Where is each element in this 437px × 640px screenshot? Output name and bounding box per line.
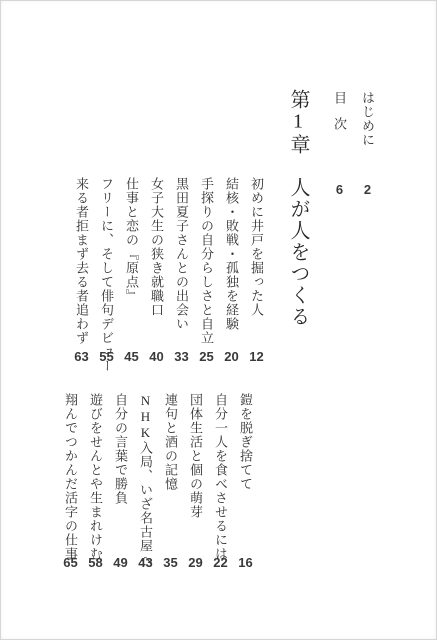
toc-entry: 自分一人を食べさせるには 22 — [211, 393, 230, 570]
toc-entry: 連句と酒の記憶 35 — [161, 393, 180, 570]
toc-entry: NHK入局、いざ名古屋へ 43 — [136, 393, 155, 570]
toc-entry-page-number: 43 — [136, 555, 155, 570]
toc-entry-title: 初めに井戸を掘った人 — [249, 177, 264, 317]
toc-entry-page-number: 25 — [197, 349, 216, 364]
toc-group-2: 鎧を脱ぎ捨てて 16 自分一人を食べさせるには 22 団体生活と個の萌芽 29 … — [75, 393, 255, 570]
toc-entry-page-number: 63 — [72, 349, 91, 364]
toc-entry-title: 結核・敗戦・孤独を経験 — [224, 177, 239, 331]
toc-entry: 手探りの自分らしさと自立 25 — [197, 177, 216, 364]
toc-entry: 仕事と恋の『原点』 45 — [122, 177, 141, 364]
toc-entry-page-number: 58 — [86, 555, 105, 570]
chapter-heading: 第1章 人が人をつくる — [284, 89, 313, 328]
toc-entry-page-number: 35 — [161, 555, 180, 570]
toc-entry: 結核・敗戦・孤独を経験 20 — [222, 177, 241, 364]
front-matter-title: 目次 — [332, 91, 347, 143]
front-matter: はじめに 2 目次 6 — [337, 91, 377, 197]
toc-entry: 翔んでつかんだ活字の仕事 65 — [61, 393, 80, 570]
toc-entry-title: 自分一人を食べさせるには — [213, 393, 228, 561]
toc-entry-title: 団体生活と個の萌芽 — [188, 393, 203, 519]
toc-entry: 遊びをせんとや生まれけむ 58 — [86, 393, 105, 570]
front-matter-entry-mokuji: 目次 6 — [330, 91, 349, 197]
toc-entry: 初めに井戸を掘った人 12 — [247, 177, 266, 364]
toc-entry-title: フリーに、そして俳句デビュー — [99, 177, 114, 373]
toc-entry-page-number: 16 — [236, 555, 255, 570]
toc-entry: 自分の言葉で勝負 49 — [111, 393, 130, 570]
toc-entry-title: 黒田夏子さんとの出会い — [174, 177, 189, 331]
toc-entry-page-number: 22 — [211, 555, 230, 570]
book-toc-page: はじめに 2 目次 6 第1章 人が人をつくる 初めに井戸を掘った人 12 結核… — [0, 0, 437, 640]
toc-entry: 来る者拒まず去る者追わず 63 — [72, 177, 91, 364]
toc-entry-title: 遊びをせんとや生まれけむ — [88, 393, 103, 561]
toc-entry: フリーに、そして俳句デビュー 55 — [97, 177, 116, 364]
toc-entry-title: NHK入局、いざ名古屋へ — [138, 393, 153, 567]
front-matter-page-number: 2 — [358, 182, 377, 197]
toc-entry: 団体生活と個の萌芽 29 — [186, 393, 205, 570]
toc-group-1: 初めに井戸を掘った人 12 結核・敗戦・孤独を経験 20 手探りの自分らしさと自… — [80, 177, 266, 364]
toc-entry-title: 来る者拒まず去る者追わず — [74, 177, 89, 345]
toc-entry-title: 自分の言葉で勝負 — [113, 393, 128, 505]
toc-entry-page-number: 29 — [186, 555, 205, 570]
toc-entry-page-number: 49 — [111, 555, 130, 570]
toc-entry-title: 女子大生の狭き就職口 — [149, 177, 164, 317]
toc-entry-page-number: 65 — [61, 555, 80, 570]
toc-entry-page-number: 40 — [147, 349, 166, 364]
toc-entry-title: 連句と酒の記憶 — [163, 393, 178, 491]
toc-entry-title: 翔んでつかんだ活字の仕事 — [63, 393, 78, 561]
front-matter-title: はじめに — [360, 91, 375, 147]
toc-entry-page-number: 20 — [222, 349, 241, 364]
toc-entry-title: 仕事と恋の『原点』 — [124, 177, 139, 303]
toc-entry-page-number: 33 — [172, 349, 191, 364]
toc-entry-page-number: 45 — [122, 349, 141, 364]
toc-entry-page-number: 12 — [247, 349, 266, 364]
toc-entry-title: 手探りの自分らしさと自立 — [199, 177, 214, 345]
front-matter-entry-hajimeni: はじめに 2 — [358, 91, 377, 197]
toc-entry-page-number: 55 — [97, 349, 116, 364]
toc-entry: 黒田夏子さんとの出会い 33 — [172, 177, 191, 364]
front-matter-page-number: 6 — [330, 182, 349, 197]
toc-entry: 女子大生の狭き就職口 40 — [147, 177, 166, 364]
toc-entry: 鎧を脱ぎ捨てて 16 — [236, 393, 255, 570]
toc-entry-title: 鎧を脱ぎ捨てて — [238, 393, 253, 491]
